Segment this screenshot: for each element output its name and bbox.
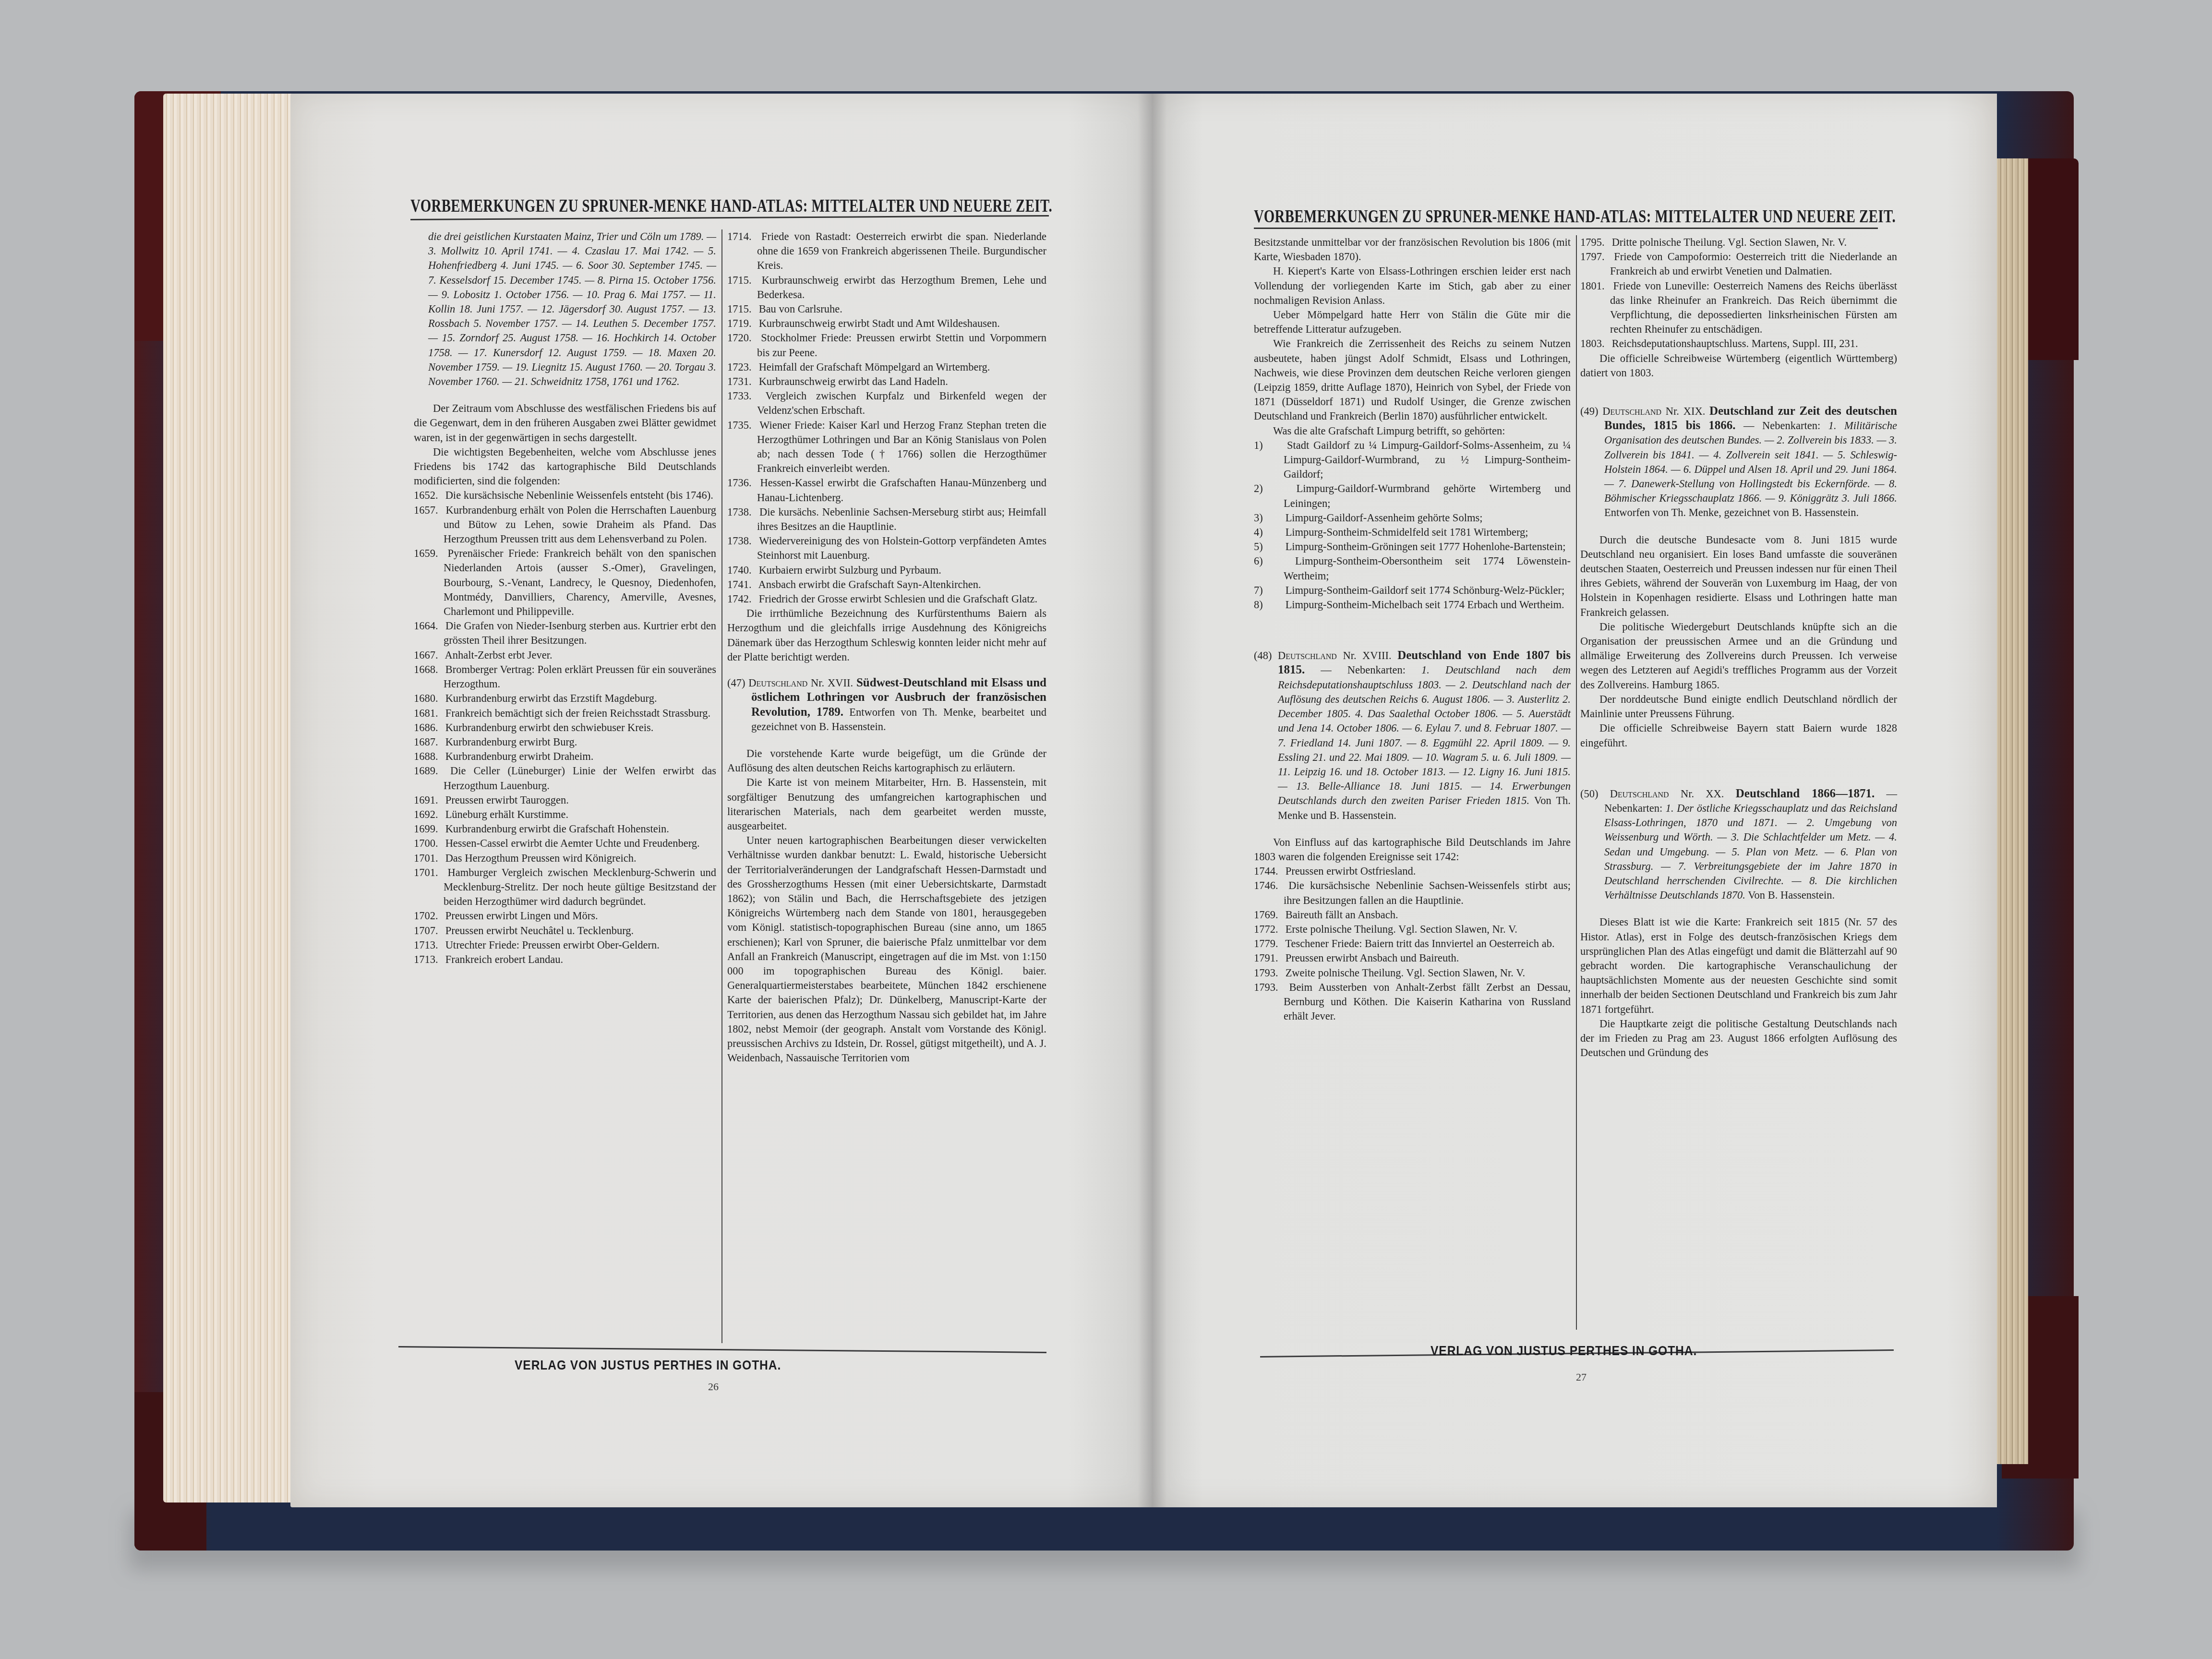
entry-label: 1686.: [414, 721, 443, 735]
entry-label: 1701.: [414, 866, 443, 880]
paragraph: Die Hauptkarte zeigt die politische Gest…: [1580, 1017, 1897, 1060]
list-item: 1772. Erste polnische Theilung. Vgl. Sec…: [1254, 922, 1571, 937]
column-rule: [721, 229, 722, 1343]
limpurg-list: 1) Stadt Gaildorf zu ¼ Limpurg-Gaildorf-…: [1254, 438, 1571, 612]
entry-text: Kurbraunschweig erwirbt Stadt und Amt Wi…: [759, 317, 1000, 329]
entry-text: Baireuth fällt an Ansbach.: [1286, 909, 1398, 921]
list-item: 5) Limpurg-Sontheim-Gröningen seit 1777 …: [1254, 540, 1571, 554]
list-item: 1793. Zweite polnische Theilung. Vgl. Se…: [1254, 966, 1571, 980]
entry-label: 8): [1254, 598, 1283, 612]
list-item: 1793. Beim Aussterben von Anhalt-Zerbst …: [1254, 980, 1571, 1024]
entry-text: Wiedervereinigung des von Holstein-Gotto…: [757, 535, 1046, 561]
entry-label: 1738.: [727, 505, 756, 519]
entry-label: 1720.: [727, 331, 756, 345]
list-item: 1699. Kurbrandenburg erwirbt die Grafsch…: [414, 822, 716, 836]
entry-label: 1688.: [414, 749, 443, 764]
page-number-right: 27: [1576, 1371, 1587, 1383]
nebenkarten-list: 1. Deutschland nach dem Reichsdeputation…: [1278, 664, 1571, 806]
list-item: 1702. Preussen erwirbt Lingen und Mörs.: [414, 909, 716, 923]
entry-label: 1681.: [414, 706, 443, 721]
entry-label: 6): [1254, 554, 1283, 568]
entry-text: Kurbrandenburg erwirbt die Grafschaft Ho…: [445, 823, 669, 835]
entry-text: Preussen erwirbt Lingen und Mörs.: [445, 910, 598, 922]
entry-label: 1779.: [1254, 937, 1283, 951]
entry-text: Reichsdeputationshauptschluss. Martens, …: [1612, 337, 1858, 349]
list-item: 1707. Preussen erwirbt Neuchâtel u. Teck…: [414, 924, 716, 938]
entry-text: Wiener Friede: Kaiser Karl und Herzog Fr…: [757, 419, 1046, 475]
entry-label: 1692.: [414, 807, 443, 822]
entry-label: 1803.: [1580, 337, 1609, 351]
entry-label: 1715.: [727, 273, 756, 288]
list-item: 1667. Anhalt-Zerbst erbt Jever.: [414, 648, 716, 662]
list-item: 1746. Die kursächsische Nebenlinie Sachs…: [1254, 878, 1571, 907]
entry-text: Limpurg-Sontheim-Obersontheim seit 1774 …: [1284, 555, 1571, 581]
entry-label: 1713.: [414, 952, 443, 967]
paragraph: Die vorstehende Karte wurde beigefügt, u…: [727, 746, 1046, 775]
entry-label: 1791.: [1254, 951, 1283, 965]
list-item: 1715. Bau von Carlsruhe.: [727, 302, 1046, 316]
entry-text: Anhalt-Zerbst erbt Jever.: [445, 649, 552, 661]
right-page-stack: [1992, 158, 2028, 1464]
entry-label: 1691.: [414, 793, 443, 807]
entry-text: Friede von Luneville: Oesterreich Namens…: [1610, 280, 1897, 336]
list-item: 1738. Die kursächs. Nebenlinie Sachsen-M…: [727, 505, 1046, 534]
paragraph: Die irrthümliche Bezeichnung des Kurfürs…: [727, 606, 1046, 664]
right-col-2: 1795. Dritte polnische Theilung. Vgl. Se…: [1580, 235, 1897, 1060]
list-item: 1738. Wiedervereinigung des von Holstein…: [727, 534, 1046, 563]
list-item: 1689. Die Celler (Lüneburger) Linie der …: [414, 764, 716, 793]
list-item: 4) Limpurg-Sontheim-Schmidelfeld seit 17…: [1254, 525, 1571, 540]
entry-label: 1733.: [727, 389, 756, 403]
battle-list: die drei geistlichen Kurstaaten Mainz, T…: [414, 229, 716, 389]
entry-text: Limpurg-Sontheim-Gröningen seit 1777 Hoh…: [1286, 541, 1566, 553]
entry-label: 1664.: [414, 619, 443, 633]
list-item: 1668. Bromberger Vertrag: Polen erklärt …: [414, 662, 716, 691]
list-item: 1801. Friede von Luneville: Oesterreich …: [1580, 279, 1897, 337]
map-section-49: (49) Deutschland Nr. XIX. Deutschland zu…: [1580, 404, 1897, 520]
paragraph: Der Zeitraum vom Abschlusse des westfäli…: [414, 401, 716, 445]
entry-text: Hamburger Vergleich zwischen Mecklenburg…: [444, 866, 716, 907]
entry-text: Kurbraunschweig erwirbt das Herzogthum B…: [757, 274, 1046, 301]
column-rule: [1576, 235, 1577, 1330]
list-item: 1687. Kurbrandenburg erwirbt Burg.: [414, 735, 716, 749]
list-item: 1795. Dritte polnische Theilung. Vgl. Se…: [1580, 235, 1897, 250]
entry-label: 1719.: [727, 316, 756, 331]
entry-label: 1735.: [727, 418, 756, 433]
entry-label: 1687.: [414, 735, 443, 749]
entry-text: Frankreich erobert Landau.: [445, 953, 564, 965]
entry-label: 5): [1254, 540, 1283, 554]
list-item: 1735. Wiener Friede: Kaiser Karl und Her…: [727, 418, 1046, 476]
left-col-1: die drei geistlichen Kurstaaten Mainz, T…: [414, 229, 716, 967]
entry-text: Stadt Gaildorf zu ¼ Limpurg-Gaildorf-Sol…: [1284, 439, 1571, 480]
right-col-1: Besitzstande unmittelbar vor der französ…: [1254, 235, 1571, 1023]
section-credit: Von B. Hassenstein.: [1748, 889, 1835, 901]
section-credit: Entworfen von Th. Menke, gezeichnet von …: [1604, 506, 1859, 518]
list-item: 1688. Kurbrandenburg erwirbt Draheim.: [414, 749, 716, 764]
entry-label: 1741.: [727, 577, 756, 592]
entry-label: 1731.: [727, 374, 756, 389]
list-item: 1657. Kurbrandenburg erhält von Polen di…: [414, 503, 716, 547]
publisher-imprint-left: VERLAG VON JUSTUS PERTHES IN GOTHA.: [515, 1358, 781, 1373]
paragraph: Die Karte ist von meinem Mitarbeiter, Hr…: [727, 775, 1046, 833]
entry-label: 1714.: [727, 229, 756, 244]
list-item: 3) Limpurg-Gaildorf-Assenheim gehörte So…: [1254, 511, 1571, 525]
entry-label: 1801.: [1580, 279, 1609, 293]
entry-label: 1715.: [727, 302, 756, 316]
entry-text: Limpurg-Sontheim-Michelbach seit 1774 Er…: [1286, 599, 1564, 611]
list-item: 1692. Lüneburg erhält Kurstimme.: [414, 807, 716, 822]
paragraph: Unter neuen kartographischen Bearbeitung…: [727, 833, 1046, 1065]
map-section-50: (50) Deutschland Nr. XX. Deutschland 186…: [1580, 787, 1897, 903]
list-item: 1701. Hamburger Vergleich zwischen Meckl…: [414, 866, 716, 909]
chronology-list: 1714. Friede von Rastadt: Oesterreich er…: [727, 229, 1046, 606]
list-item: 1701. Das Herzogthum Preussen wird König…: [414, 851, 716, 866]
list-item: 1686. Kurbrandenburg erwirbt den schwieb…: [414, 721, 716, 735]
entry-label: 4): [1254, 525, 1283, 540]
entry-label: 1736.: [727, 476, 756, 490]
entry-text: Limpurg-Sontheim-Schmidelfeld seit 1781 …: [1286, 526, 1528, 538]
entry-label: 1738.: [727, 534, 756, 548]
list-item: 1779. Teschener Friede: Baiern tritt das…: [1254, 937, 1571, 951]
entry-label: 1772.: [1254, 922, 1283, 937]
entry-text: Preussen erwirbt Tauroggen.: [445, 794, 569, 806]
entry-text: Kurbrandenburg erhält von Polen die Herr…: [444, 504, 716, 545]
entry-label: 1740.: [727, 563, 756, 577]
paragraph: Besitzstande unmittelbar vor der französ…: [1254, 235, 1571, 264]
list-item: 1740. Kurbaiern erwirbt Sulzburg und Pyr…: [727, 563, 1046, 577]
entry-text: Limpurg-Sontheim-Gaildorf seit 1774 Schö…: [1286, 584, 1565, 596]
paragraph: Ueber Mömpelgard hatte Herr von Stälin d…: [1254, 308, 1571, 337]
list-item: 1664. Die Grafen von Nieder-Isenburg ste…: [414, 619, 716, 648]
entry-text: Kurbrandenburg erwirbt Burg.: [445, 736, 577, 748]
entry-label: 1): [1254, 438, 1283, 453]
list-item: 1691. Preussen erwirbt Tauroggen.: [414, 793, 716, 807]
nebenkarten-list: 1. Militärische Organisation des deutsch…: [1604, 420, 1897, 504]
list-item: 1769. Baireuth fällt an Ansbach.: [1254, 908, 1571, 922]
entry-text: Kurbrandenburg erwirbt das Erzstift Magd…: [445, 692, 657, 704]
entry-text: Hessen-Cassel erwirbt die Aemter Uchte u…: [445, 837, 700, 849]
entry-label: 1746.: [1254, 878, 1283, 893]
left-page-stack: [163, 94, 293, 1503]
map-section-48: (48) Deutschland Nr. XVIII. Deutschland …: [1254, 649, 1571, 822]
section-title: Deutschland 1866—1871.: [1736, 787, 1875, 800]
paragraph: Was die alte Grafschaft Limpurg betrifft…: [1254, 424, 1571, 438]
paragraph: Der norddeutsche Bund einigte endlich De…: [1580, 692, 1897, 721]
list-item: 6) Limpurg-Sontheim-Obersontheim seit 17…: [1254, 554, 1571, 583]
head-rule-right: [1254, 228, 1878, 229]
entry-label: 1744.: [1254, 864, 1283, 878]
entry-label: 2): [1254, 481, 1283, 496]
entry-text: Die Celler (Lüneburger) Linie der Welfen…: [444, 765, 716, 791]
list-item: 1742. Friedrich der Grosse erwirbt Schle…: [727, 592, 1046, 606]
entry-label: 1713.: [414, 938, 443, 952]
list-item: 1659. Pyrenäischer Friede: Frankreich be…: [414, 546, 716, 619]
entry-text: Bau von Carlsruhe.: [759, 303, 842, 315]
paragraph: Durch die deutsche Bundesacte vom 8. Jun…: [1580, 533, 1897, 620]
entry-label: 1668.: [414, 662, 443, 677]
list-item: 1744. Preussen erwirbt Ostfriesland.: [1254, 864, 1571, 878]
entry-label: 1680.: [414, 691, 443, 706]
entry-label: 1657.: [414, 503, 443, 517]
entry-text: Friede von Campoformio: Oesterreich trit…: [1610, 251, 1897, 277]
entry-label: 1707.: [414, 924, 443, 938]
entry-text: Kurbrandenburg erwirbt Draheim.: [445, 750, 594, 762]
entry-label: 1769.: [1254, 908, 1283, 922]
entry-label: 1795.: [1580, 235, 1609, 250]
chronology-list: 1795. Dritte polnische Theilung. Vgl. Se…: [1580, 235, 1897, 351]
entry-label: 1667.: [414, 648, 443, 662]
entry-label: 1700.: [414, 836, 443, 851]
entry-text: Vergleich zwischen Kurpfalz und Birkenfe…: [757, 390, 1046, 416]
list-item: 1791. Preussen erwirbt Ansbach und Baire…: [1254, 951, 1571, 965]
paragraph: Die politische Wiedergeburt Deutschlands…: [1580, 620, 1897, 692]
entry-text: Lüneburg erhält Kurstimme.: [445, 808, 568, 820]
running-head-left: VORBEMERKUNGEN ZU SPRUNER-MENKE HAND-ATL…: [410, 196, 1052, 216]
entry-text: Utrechter Friede: Preussen erwirbt Ober-…: [445, 939, 660, 951]
list-item: 1715. Kurbraunschweig erwirbt das Herzog…: [727, 273, 1046, 302]
entry-text: Friedrich der Grosse erwirbt Schlesien u…: [759, 593, 1037, 605]
entry-text: Friede von Rastadt: Oesterreich erwirbt …: [757, 230, 1046, 271]
entry-text: Preussen erwirbt Neuchâtel u. Tecklenbur…: [445, 925, 634, 937]
book-gutter: [1138, 94, 1166, 1507]
entry-text: Limpurg-Gaildorf-Wurmbrand gehörte Wirte…: [1284, 482, 1571, 509]
entry-text: Ansbach erwirbt die Grafschaft Sayn-Alte…: [758, 578, 981, 590]
entry-label: 1793.: [1254, 966, 1283, 980]
entry-text: Preussen erwirbt Ansbach und Baireuth.: [1286, 952, 1459, 964]
paragraph: Dieses Blatt ist wie die Karte: Frankrei…: [1580, 915, 1897, 1016]
entry-text: Heimfall der Grafschaft Mömpelgard an Wi…: [759, 361, 990, 373]
entry-text: Kurbrandenburg erwirbt den schwiebuser K…: [445, 721, 654, 733]
entry-label: 1793.: [1254, 980, 1283, 995]
entry-text: Erste polnische Theilung. Vgl. Section S…: [1286, 923, 1517, 935]
left-col-2: 1714. Friede von Rastadt: Oesterreich er…: [727, 229, 1046, 1065]
chronology-list: 1744. Preussen erwirbt Ostfriesland.1746…: [1254, 864, 1571, 1023]
entry-label: 1689.: [414, 764, 443, 778]
list-item: 1733. Vergleich zwischen Kurpfalz und Bi…: [727, 389, 1046, 418]
entry-text: Die kursächsische Nebenlinie Sachsen-Wei…: [1284, 879, 1571, 906]
entry-text: Frankreich bemächtigt sich der freien Re…: [445, 707, 711, 719]
entry-text: Hessen-Kassel erwirbt die Grafschaften H…: [757, 477, 1046, 503]
list-item: 1723. Heimfall der Grafschaft Mömpelgard…: [727, 360, 1046, 374]
list-item: 1) Stadt Gaildorf zu ¼ Limpurg-Gaildorf-…: [1254, 438, 1571, 482]
entry-text: Stockholmer Friede: Preussen erwirbt Ste…: [757, 332, 1046, 358]
entry-text: Preussen erwirbt Ostfriesland.: [1286, 865, 1416, 877]
entry-label: 1659.: [414, 546, 443, 561]
entry-text: Bromberger Vertrag: Polen erklärt Preuss…: [444, 663, 716, 690]
entry-label: 1742.: [727, 592, 756, 606]
entry-text: Die Grafen von Nieder-Isenburg sterben a…: [444, 620, 716, 646]
list-item: 1741. Ansbach erwirbt die Grafschaft Say…: [727, 577, 1046, 592]
paragraph: Die officielle Schreibweise Würtemberg (…: [1580, 351, 1897, 380]
list-item: 1680. Kurbrandenburg erwirbt das Erzstif…: [414, 691, 716, 706]
map-section-47: (47) Deutschland Nr. XVII. Südwest-Deuts…: [727, 676, 1046, 734]
chronology-list: 1652. Die kursächsische Nebenlinie Weiss…: [414, 488, 716, 967]
list-item: 1720. Stockholmer Friede: Preussen erwir…: [727, 331, 1046, 360]
entry-label: 1797.: [1580, 250, 1609, 264]
nebenkarten-list: 1. Der östliche Kriegsschauplatz und das…: [1604, 802, 1897, 901]
page-number-left: 26: [708, 1381, 719, 1393]
list-item: 1700. Hessen-Cassel erwirbt die Aemter U…: [414, 836, 716, 851]
entry-text: Limpurg-Gaildorf-Assenheim gehörte Solms…: [1286, 512, 1483, 524]
list-item: 1713. Utrechter Friede: Preussen erwirbt…: [414, 938, 716, 952]
paragraph: Die wichtigsten Begebenheiten, welche vo…: [414, 445, 716, 489]
entry-label: 1652.: [414, 488, 443, 503]
entry-label: 3): [1254, 511, 1283, 525]
entry-text: Teschener Friede: Baiern tritt das Innvi…: [1285, 938, 1554, 950]
list-item: 1797. Friede von Campoformio: Oesterreic…: [1580, 250, 1897, 278]
entry-text: Kurbraunschweig erwirbt das Land Hadeln.: [759, 375, 948, 387]
list-item: 1652. Die kursächsische Nebenlinie Weiss…: [414, 488, 716, 503]
entry-text: Die kursächs. Nebenlinie Sachsen-Mersebu…: [757, 506, 1046, 532]
entry-text: Zweite polnische Theilung. Vgl. Section …: [1286, 967, 1526, 979]
list-item: 2) Limpurg-Gaildorf-Wurmbrand gehörte Wi…: [1254, 481, 1571, 510]
entry-text: Die kursächsische Nebenlinie Weissenfels…: [445, 489, 713, 501]
list-item: 1681. Frankreich bemächtigt sich der fre…: [414, 706, 716, 721]
list-item: 1731. Kurbraunschweig erwirbt das Land H…: [727, 374, 1046, 389]
entry-label: 1702.: [414, 909, 443, 923]
entry-label: 1701.: [414, 851, 443, 866]
paragraph: Wie Frankreich die Zerrissenheit des Rei…: [1254, 337, 1571, 423]
list-item: 1719. Kurbraunschweig erwirbt Stadt und …: [727, 316, 1046, 331]
entry-text: Das Herzogthum Preussen wird Königreich.: [445, 852, 637, 864]
paragraph: H. Kiepert's Karte von Elsass-Lothringen…: [1254, 264, 1571, 308]
list-item: 1736. Hessen-Kassel erwirbt die Grafscha…: [727, 476, 1046, 505]
running-head-right: VORBEMERKUNGEN ZU SPRUNER-MENKE HAND-ATL…: [1254, 206, 1896, 227]
entry-text: Kurbaiern erwirbt Sulzburg und Pyrbaum.: [759, 564, 941, 576]
list-item: 1714. Friede von Rastadt: Oesterreich er…: [727, 229, 1046, 273]
list-item: 7) Limpurg-Sontheim-Gaildorf seit 1774 S…: [1254, 583, 1571, 598]
entry-label: 1699.: [414, 822, 443, 836]
list-item: 8) Limpurg-Sontheim-Michelbach seit 1774…: [1254, 598, 1571, 612]
entry-text: Dritte polnische Theilung. Vgl. Section …: [1612, 236, 1847, 248]
paragraph: Die officielle Schreibweise Bayern statt…: [1580, 721, 1897, 750]
entry-label: 1723.: [727, 360, 756, 374]
entry-text: Beim Aussterben von Anhalt-Zerbst fällt …: [1284, 981, 1571, 1022]
entry-label: 7): [1254, 583, 1283, 598]
publisher-imprint-right: VERLAG VON JUSTUS PERTHES IN GOTHA.: [1431, 1343, 1697, 1358]
list-item: 1713. Frankreich erobert Landau.: [414, 952, 716, 967]
entry-text: Pyrenäischer Friede: Frankreich behält v…: [444, 547, 716, 617]
paragraph: Von Einfluss auf das kartographische Bil…: [1254, 835, 1571, 864]
list-item: 1803. Reichsdeputationshauptschluss. Mar…: [1580, 337, 1897, 351]
